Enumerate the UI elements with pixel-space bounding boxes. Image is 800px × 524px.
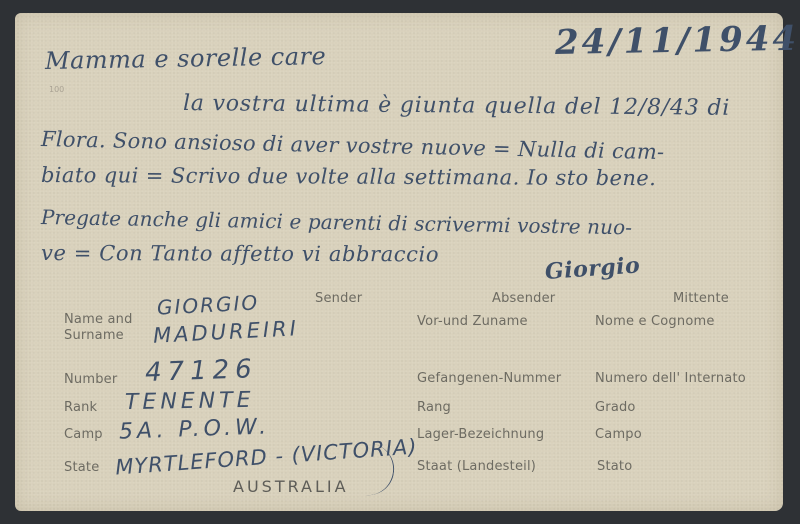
label-surname: Surname [64, 328, 124, 343]
label-vor-und-zuname: Vor-und Zuname [417, 314, 528, 329]
value-rank: TENENTE [125, 388, 255, 415]
message-line-5: Pregate anche gli amici e parenti di scr… [41, 205, 633, 239]
label-numero-internato: Numero dell' Internato [595, 371, 746, 386]
label-camp: Camp [64, 427, 103, 442]
postcard: 24/11/1944 = 100 Mamma e sorelle care la… [15, 13, 783, 511]
label-stato: Stato [597, 459, 632, 474]
header-mittente: Mittente [673, 291, 729, 306]
pencil-mark: 100 [49, 85, 64, 94]
value-first-name: GIORGIO [156, 290, 259, 319]
header-sender: Sender [315, 291, 362, 306]
printed-country: AUSTRALIA [233, 477, 349, 496]
header-absender: Absender [492, 291, 555, 306]
message-line-3: Flora. Sono ansioso di aver vostre nuove… [41, 127, 665, 164]
label-rank: Rank [64, 400, 97, 415]
label-staat-landesteil: Staat (Landesteil) [417, 459, 536, 474]
message-salutation: Mamma e sorelle care [45, 42, 327, 75]
message-line-6: ve = Con Tanto affetto vi abbraccio [41, 241, 439, 266]
signature: Giorgio [544, 252, 641, 285]
label-campo: Campo [595, 427, 642, 442]
message-line-4: biato qui = Scrivo due volte alla settim… [41, 163, 656, 190]
handwritten-date: 24/11/1944 = [555, 18, 800, 63]
label-state: State [64, 460, 99, 475]
label-lager-bezeichnung: Lager-Bezeichnung [417, 427, 544, 442]
value-camp: 5A. P.O.W. [119, 414, 271, 444]
label-name-and: Name and [64, 312, 133, 327]
label-gefangenen-nummer: Gefangenen-Nummer [417, 371, 561, 386]
label-number: Number [64, 372, 117, 387]
label-rang: Rang [417, 400, 451, 415]
label-grado: Grado [595, 400, 636, 415]
label-nome-cognome: Nome e Cognome [595, 314, 715, 329]
value-number: 47126 [145, 354, 259, 388]
message-line-2: la vostra ultima è giunta quella del 12/… [183, 91, 730, 121]
value-surname: MADUREIRI [152, 316, 299, 348]
